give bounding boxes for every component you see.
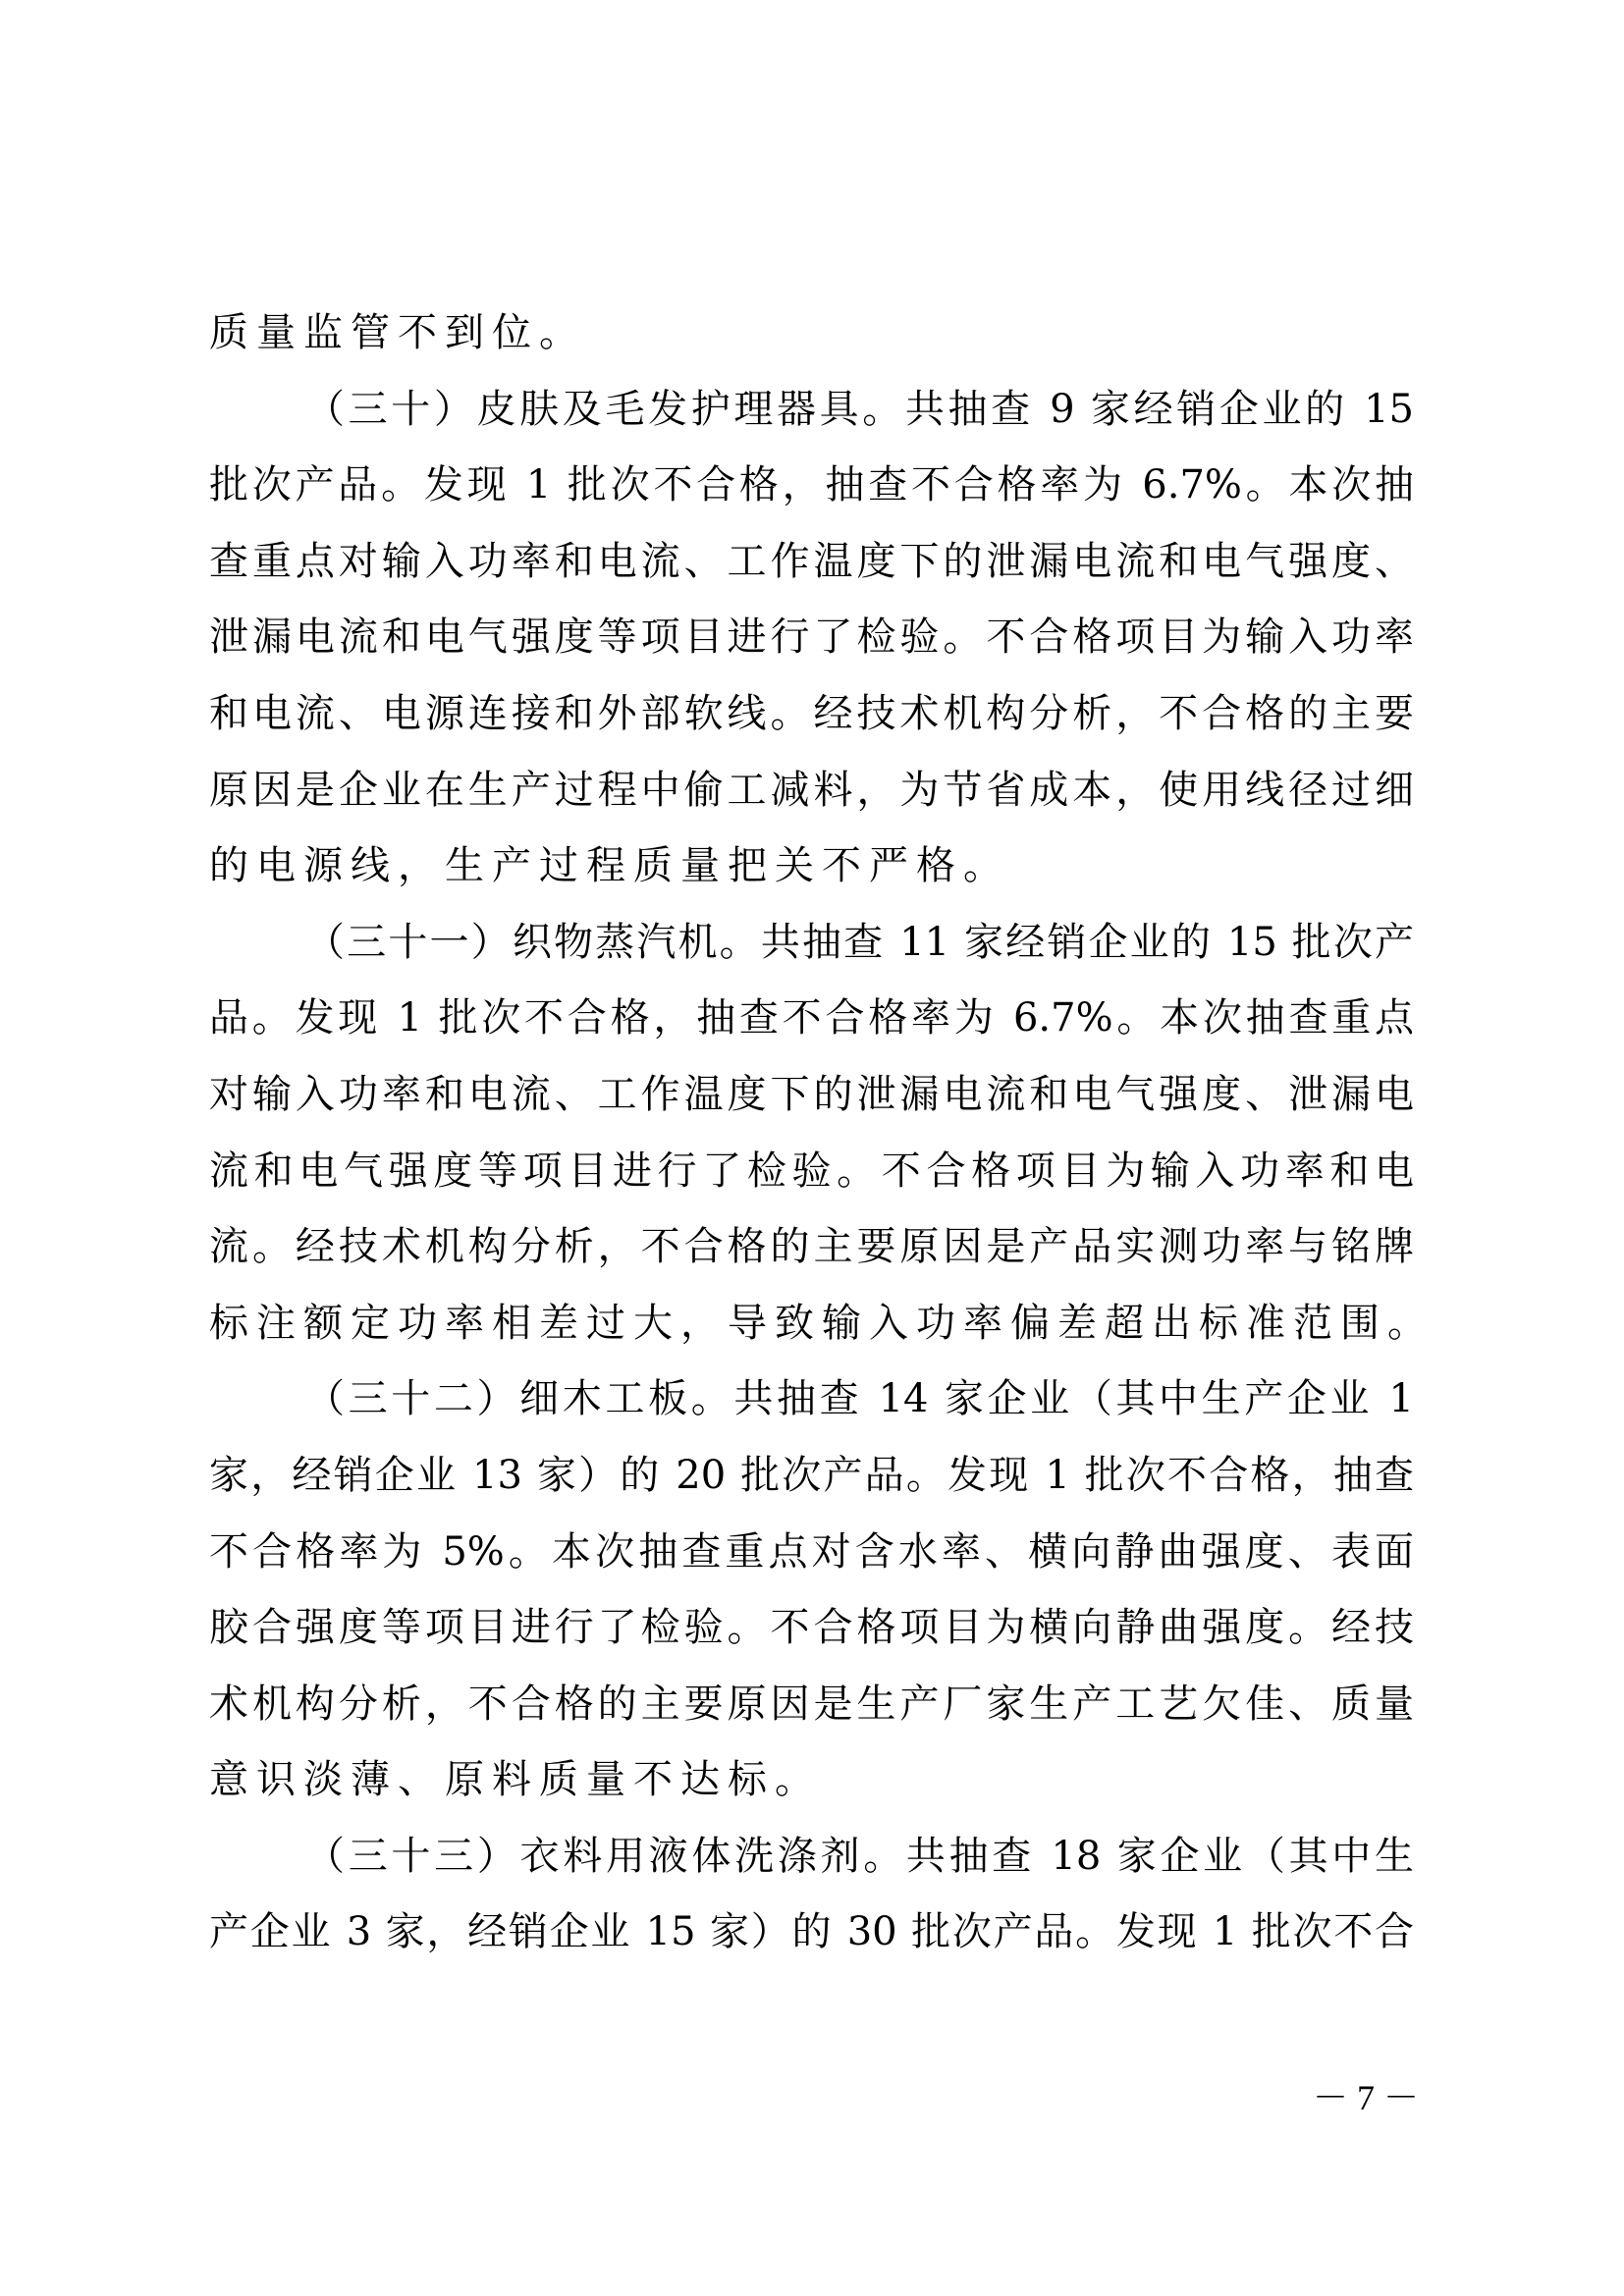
section-32-heading-line: （三十二）细木工板。共抽查 14 家企业（其中生产企业 1	[209, 1362, 1414, 1438]
text-line: 的电源线，生产过程质量把关不严格。	[209, 828, 1414, 905]
text-line: 对输入功率和电流、工作温度下的泄漏电流和电气强度、泄漏电	[209, 1057, 1414, 1134]
document-page: 质量监管不到位。 （三十）皮肤及毛发护理器具。共抽查 9 家经销企业的 15 批…	[0, 0, 1624, 2296]
text-line: 流。经技术机构分析，不合格的主要原因是产品实测功率与铭牌	[209, 1209, 1414, 1286]
text-line: 标注额定功率相差过大，导致输入功率偏差超出标准范围。	[209, 1286, 1414, 1362]
text-line: 原因是企业在生产过程中偷工减料，为节省成本，使用线径过细	[209, 753, 1414, 829]
text-line: 术机构分析，不合格的主要原因是生产厂家生产工艺欠佳、质量	[209, 1667, 1414, 1743]
text-line: 意识淡薄、原料质量不达标。	[209, 1742, 1414, 1819]
text-line: 产企业 3 家，经销企业 15 家）的 30 批次产品。发现 1 批次不合	[209, 1895, 1414, 1971]
text-line: 查重点对输入功率和电流、工作温度下的泄漏电流和电气强度、	[209, 524, 1414, 601]
section-31-heading-line: （三十一）织物蒸汽机。共抽查 11 家经销企业的 15 批次产	[209, 905, 1414, 982]
text-line: 品。发现 1 批次不合格，抽查不合格率为 6.7%。本次抽查重点	[209, 981, 1414, 1057]
text-line: 不合格率为 5%。本次抽查重点对含水率、横向静曲强度、表面	[209, 1515, 1414, 1591]
text-line: 质量监管不到位。	[209, 295, 1414, 372]
text-line: 批次产品。发现 1 批次不合格，抽查不合格率为 6.7%。本次抽	[209, 448, 1414, 524]
text-line: 家，经销企业 13 家）的 20 批次产品。发现 1 批次不合格，抽查	[209, 1438, 1414, 1515]
text-line: 流和电气强度等项目进行了检验。不合格项目为输入功率和电	[209, 1134, 1414, 1210]
section-33-heading-line: （三十三）衣料用液体洗涤剂。共抽查 18 家企业（其中生	[209, 1819, 1414, 1896]
text-line: 泄漏电流和电气强度等项目进行了检验。不合格项目为输入功率	[209, 600, 1414, 676]
text-line: 胶合强度等项目进行了检验。不合格项目为横向静曲强度。经技	[209, 1590, 1414, 1667]
section-30-heading-line: （三十）皮肤及毛发护理器具。共抽查 9 家经销企业的 15	[209, 372, 1414, 449]
body-text: 质量监管不到位。 （三十）皮肤及毛发护理器具。共抽查 9 家经销企业的 15 批…	[209, 295, 1414, 1971]
text-line: 和电流、电源连接和外部软线。经技术机构分析，不合格的主要	[209, 676, 1414, 753]
page-number: － 7 －	[1312, 2073, 1420, 2122]
